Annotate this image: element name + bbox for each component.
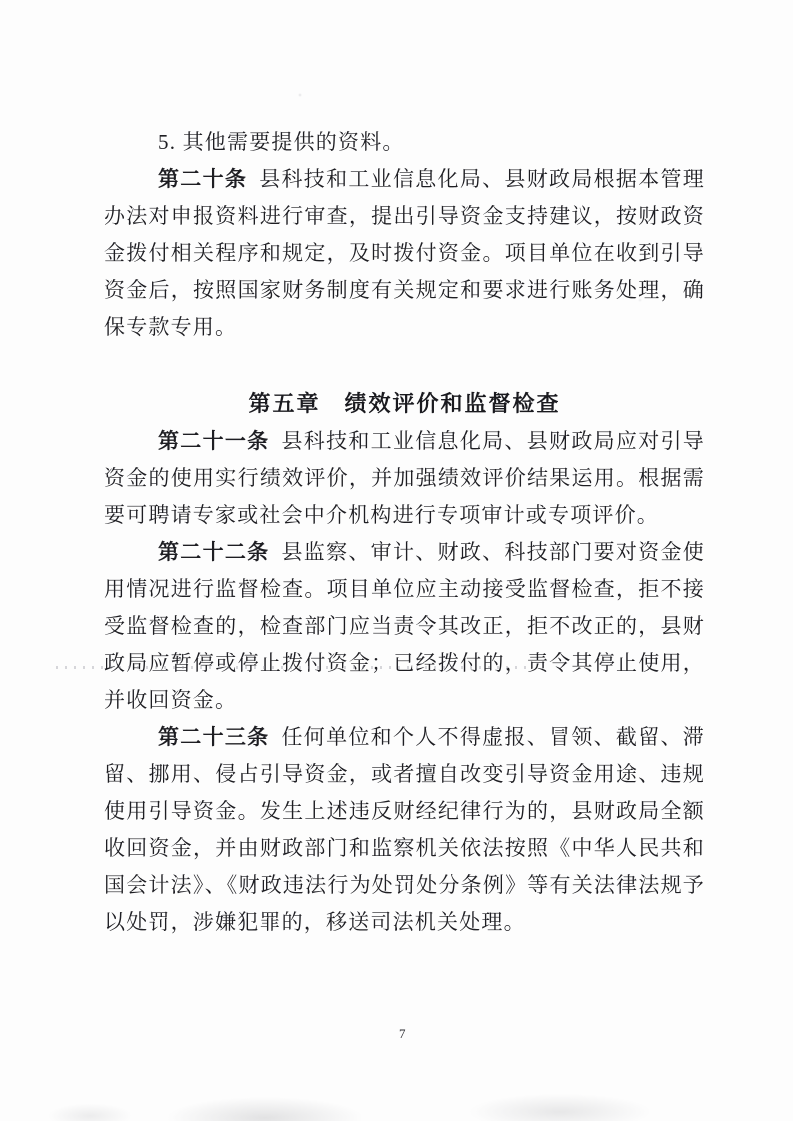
paragraph-article-21: 第二十一条县科技和工业信息化局、县财政局应对引导资金的使用实行绩效评价，并加强绩… bbox=[104, 423, 705, 534]
paragraph-text: 任何单位和个人不得虚报、冒领、截留、滞留、挪用、侵占引导资金，或者擅自改变引导资… bbox=[104, 725, 705, 934]
paragraph-article-23: 第二十三条任何单位和个人不得虚报、冒领、截留、滞留、挪用、侵占引导资金，或者擅自… bbox=[104, 719, 705, 941]
paragraph-text: 县监察、审计、财政、科技部门要对资金使用情况进行监督检查。项目单位应主动接受监督… bbox=[104, 540, 705, 712]
article-23-label: 第二十三条 bbox=[158, 725, 269, 749]
page-number: 7 bbox=[399, 1024, 406, 1044]
paragraph-text: 5. 其他需要提供的资料。 bbox=[158, 130, 405, 154]
article-22-label: 第二十二条 bbox=[158, 540, 269, 564]
paragraph-intro-item: 5. 其他需要提供的资料。 bbox=[104, 124, 705, 161]
article-21-label: 第二十一条 bbox=[158, 429, 269, 453]
paragraph-article-20: 第二十条县科技和工业信息化局、县财政局根据本管理办法对申报资料进行审查，提出引导… bbox=[104, 161, 705, 346]
article-20-label: 第二十条 bbox=[158, 167, 247, 191]
paragraph-text: 县科技和工业信息化局、县财政局根据本管理办法对申报资料进行审查，提出引导资金支持… bbox=[104, 167, 705, 339]
document-text-column: 5. 其他需要提供的资料。 第二十条县科技和工业信息化局、县财政局根据本管理办法… bbox=[104, 124, 705, 941]
paragraph-article-22: 第二十二条县监察、审计、财政、科技部门要对资金使用情况进行监督检查。项目单位应主… bbox=[104, 534, 705, 719]
scanned-document-page: 5. 其他需要提供的资料。 第二十条县科技和工业信息化局、县财政局根据本管理办法… bbox=[0, 0, 793, 1121]
chapter-5-heading: 第五章 绩效评价和监督检查 bbox=[104, 386, 705, 423]
